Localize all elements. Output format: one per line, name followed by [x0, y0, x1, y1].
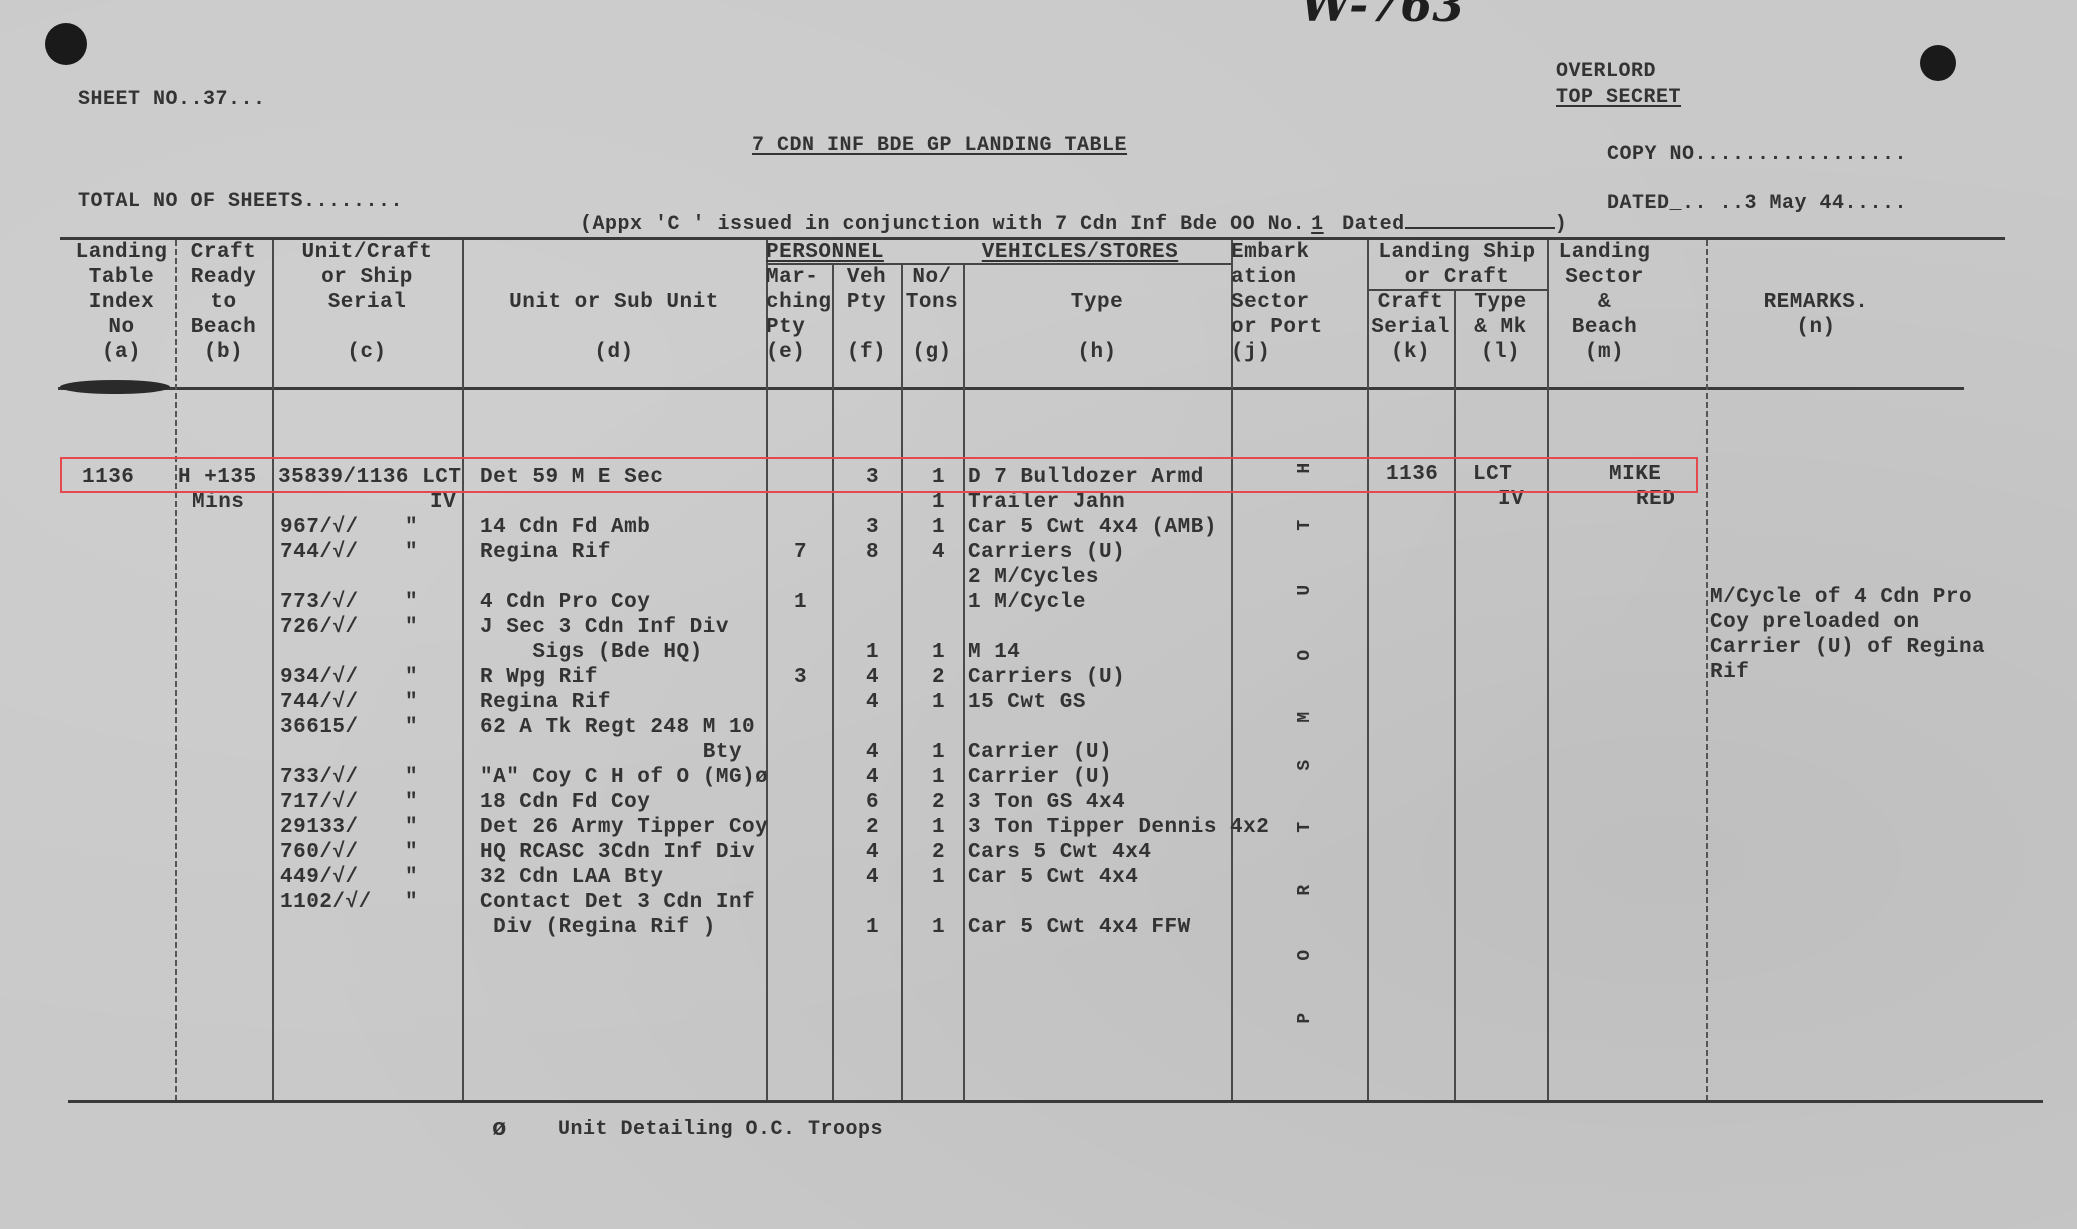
- row-veh: 1: [866, 915, 879, 940]
- port-letter: R: [1295, 875, 1315, 905]
- row-veh: 4: [866, 765, 879, 790]
- row-serial: 760/√/: [280, 840, 359, 865]
- col-header-landing-beach: Landing Sector & Beach (m): [1547, 240, 1662, 365]
- row-unit: Regina Rif: [480, 540, 611, 565]
- row-unit: R Wpg Rif: [480, 665, 598, 690]
- row-ditto: ": [405, 815, 418, 840]
- col-header-marching: Mar- ching Pty (e): [766, 265, 832, 365]
- classification-top-secret: TOP SECRET: [1556, 86, 1681, 109]
- row-tons: 2: [932, 790, 945, 815]
- row-serial: 934/√/: [280, 665, 359, 690]
- row-type: Car 5 Cwt 4x4: [968, 865, 1138, 890]
- port-letter: T: [1295, 812, 1315, 842]
- row-type: Car 5 Cwt 4x4 FFW: [968, 915, 1191, 940]
- row-unit: "A" Coy C H of O (MG)ø: [480, 765, 768, 790]
- row-tons: 4: [932, 540, 945, 565]
- col-divider-k: [1454, 291, 1456, 1100]
- col-header-craft-type: Type & Mk (l): [1454, 290, 1547, 365]
- craft-ready-unit: Mins: [192, 490, 244, 515]
- col-divider-j: [1367, 240, 1369, 1100]
- row-type: Cars 5 Cwt 4x4: [968, 840, 1151, 865]
- row-unit: Sigs (Bde HQ): [480, 640, 703, 665]
- row-unit: 62 A Tk Regt 248 M 10: [480, 715, 755, 740]
- row-unit: Bty: [480, 740, 742, 765]
- oo-number: 1: [1305, 213, 1330, 236]
- col-header-veh-pty: Veh Pty (f): [832, 265, 901, 365]
- row-ditto: ": [405, 665, 418, 690]
- row-tons: 1: [932, 765, 945, 790]
- row-type: Carriers (U): [968, 540, 1125, 565]
- remarks-line: M/Cycle of 4 Cdn Pro: [1710, 585, 1972, 610]
- row-unit: 4 Cdn Pro Coy: [480, 590, 650, 615]
- col-divider-f: [901, 265, 903, 1100]
- row-veh: 6: [866, 790, 879, 815]
- col-header-embarkation: Embark ation Sector or Port (j): [1231, 240, 1367, 365]
- row-veh: 4: [866, 865, 879, 890]
- row-serial: 744/√/: [280, 540, 359, 565]
- dated-label: Dated: [1342, 213, 1405, 236]
- col-divider-e: [832, 265, 834, 1100]
- row-type: Carrier (U): [968, 765, 1112, 790]
- row-tons: 1: [932, 915, 945, 940]
- row-serial: 36615/: [280, 715, 359, 740]
- footnote-text: Unit Detailing O.C. Troops: [558, 1118, 883, 1141]
- total-sheets: TOTAL NO OF SHEETS........: [78, 190, 403, 213]
- row-ditto: ": [405, 615, 418, 640]
- row-veh: 3: [866, 515, 879, 540]
- punch-hole-left: [45, 23, 87, 65]
- row-ditto: ": [405, 690, 418, 715]
- col-header-serial: Unit/Craft or Ship Serial (c): [272, 240, 462, 365]
- port-letter: T: [1295, 510, 1315, 540]
- handwritten-reference: W-763: [1300, 0, 1464, 32]
- row-unit: Regina Rif: [480, 690, 611, 715]
- row-ditto: ": [405, 890, 418, 915]
- row-unit: 32 Cdn LAA Bty: [480, 865, 663, 890]
- row-ditto: ": [405, 790, 418, 815]
- row-type: 1 M/Cycle: [968, 590, 1086, 615]
- page-title: 7 CDN INF BDE GP LANDING TABLE: [752, 134, 1127, 157]
- row-serial: 1102/√/: [280, 890, 372, 915]
- row-serial: 726/√/: [280, 615, 359, 640]
- row-serial: 744/√/: [280, 690, 359, 715]
- row-tons: 1: [932, 690, 945, 715]
- row-veh: 2: [866, 815, 879, 840]
- row-veh: 4: [866, 665, 879, 690]
- row-serial: 967/√/: [280, 515, 359, 540]
- row-serial: 449/√/: [280, 865, 359, 890]
- col-divider-c: [462, 240, 464, 1100]
- row-serial: IV: [430, 490, 456, 515]
- row-unit: J Sec 3 Cdn Inf Div: [480, 615, 729, 640]
- row-type: 15 Cwt GS: [968, 690, 1086, 715]
- col-divider-d: [766, 240, 768, 1100]
- row-tons: 1: [932, 740, 945, 765]
- sheet-number: SHEET NO..37...: [78, 88, 266, 111]
- row-ditto: ": [405, 590, 418, 615]
- footnote-symbol: ø: [492, 1116, 507, 1143]
- row-ditto: ": [405, 865, 418, 890]
- appendix-note: (Appx 'C ' issued in conjunction with 7 …: [555, 190, 1567, 236]
- row-marching: 7: [794, 540, 807, 565]
- row-tons: 1: [932, 515, 945, 540]
- row-tons: 1: [932, 865, 945, 890]
- remarks-line: Coy preloaded on: [1710, 610, 1920, 635]
- col-divider-m: [1706, 240, 1708, 1100]
- row-unit: Det 26 Army Tipper Coy: [480, 815, 768, 840]
- port-letter: M: [1295, 702, 1315, 732]
- row-ditto: ": [405, 840, 418, 865]
- col-header-craft-ready: Craft Ready to Beach (b): [175, 240, 272, 365]
- table-header-rule: [58, 387, 1964, 390]
- row-unit: Contact Det 3 Cdn Inf: [480, 890, 755, 915]
- row-unit: HQ RCASC 3Cdn Inf Div: [480, 840, 755, 865]
- punch-hole-right: [1920, 45, 1956, 81]
- row-veh: 8: [866, 540, 879, 565]
- row-type: Car 5 Cwt 4x4 (AMB): [968, 515, 1217, 540]
- port-letter: O: [1295, 940, 1315, 970]
- row-type: 3 Ton Tipper Dennis 4x2: [968, 815, 1269, 840]
- row-unit: Div (Regina Rif ): [480, 915, 716, 940]
- row-type: 2 M/Cycles: [968, 565, 1099, 590]
- row-highlight-1136[interactable]: [60, 457, 1698, 493]
- row-veh: 4: [866, 740, 879, 765]
- row-ditto: ": [405, 540, 418, 565]
- row-veh: 1: [866, 640, 879, 665]
- appendix-text: (Appx 'C ' issued in conjunction with 7 …: [580, 213, 1305, 236]
- group-header-personnel: PERSONNEL: [766, 240, 876, 265]
- row-serial: 29133/: [280, 815, 359, 840]
- row-tons: 1: [932, 640, 945, 665]
- col-divider-a: [175, 240, 177, 1100]
- dated-blank: [1405, 227, 1555, 229]
- copy-number: COPY NO.................: [1607, 143, 1907, 166]
- row-serial: 773/√/: [280, 590, 359, 615]
- remarks-line: Carrier (U) of Regina: [1710, 635, 1985, 660]
- ink-smudge: [60, 380, 170, 394]
- col-header-unit: Unit or Sub Unit (d): [462, 240, 766, 365]
- classification-overlord: OVERLORD: [1556, 60, 1656, 83]
- row-ditto: ": [405, 715, 418, 740]
- row-tons: 2: [932, 665, 945, 690]
- port-letter: O: [1295, 640, 1315, 670]
- table-bottom-rule: [68, 1100, 2043, 1103]
- port-letter: S: [1295, 750, 1315, 780]
- row-serial: 733/√/: [280, 765, 359, 790]
- port-letter: U: [1295, 575, 1315, 605]
- col-header-index: Landing Table Index No (a): [68, 240, 175, 365]
- col-divider-g: [963, 265, 965, 1100]
- row-marching: 1: [794, 590, 807, 615]
- group-header-vehicles-stores: VEHICLES/STORES: [965, 240, 1195, 265]
- row-tons: 1: [932, 815, 945, 840]
- row-ditto: ": [405, 765, 418, 790]
- date-line: DATED_.. ..3 May 44.....: [1607, 192, 1907, 215]
- col-header-tons: No/ Tons (g): [901, 265, 963, 365]
- col-header-craft-serial: Craft Serial (k): [1367, 290, 1454, 365]
- col-divider-l: [1547, 240, 1549, 1100]
- col-header-remarks: REMARKS. (n): [1706, 240, 1926, 340]
- row-unit: 14 Cdn Fd Amb: [480, 515, 650, 540]
- row-veh: 4: [866, 690, 879, 715]
- row-veh: 4: [866, 840, 879, 865]
- row-marching: 3: [794, 665, 807, 690]
- col-divider-b: [272, 240, 274, 1100]
- row-ditto: ": [405, 515, 418, 540]
- row-tons: 2: [932, 840, 945, 865]
- col-divider-h: [1231, 240, 1233, 1100]
- col-header-type: Type (h): [963, 265, 1231, 365]
- group-header-landing-ship: Landing Ship or Craft: [1367, 240, 1547, 290]
- row-type: Carrier (U): [968, 740, 1112, 765]
- row-serial: 717/√/: [280, 790, 359, 815]
- row-type: Carriers (U): [968, 665, 1125, 690]
- port-letter: P: [1295, 1003, 1315, 1033]
- row-type: M 14: [968, 640, 1020, 665]
- row-unit: 18 Cdn Fd Coy: [480, 790, 650, 815]
- remarks-line: Rif: [1710, 660, 1749, 685]
- row-type: Trailer Jahn: [968, 490, 1125, 515]
- row-type: 3 Ton GS 4x4: [968, 790, 1125, 815]
- row-tons: 1: [932, 490, 945, 515]
